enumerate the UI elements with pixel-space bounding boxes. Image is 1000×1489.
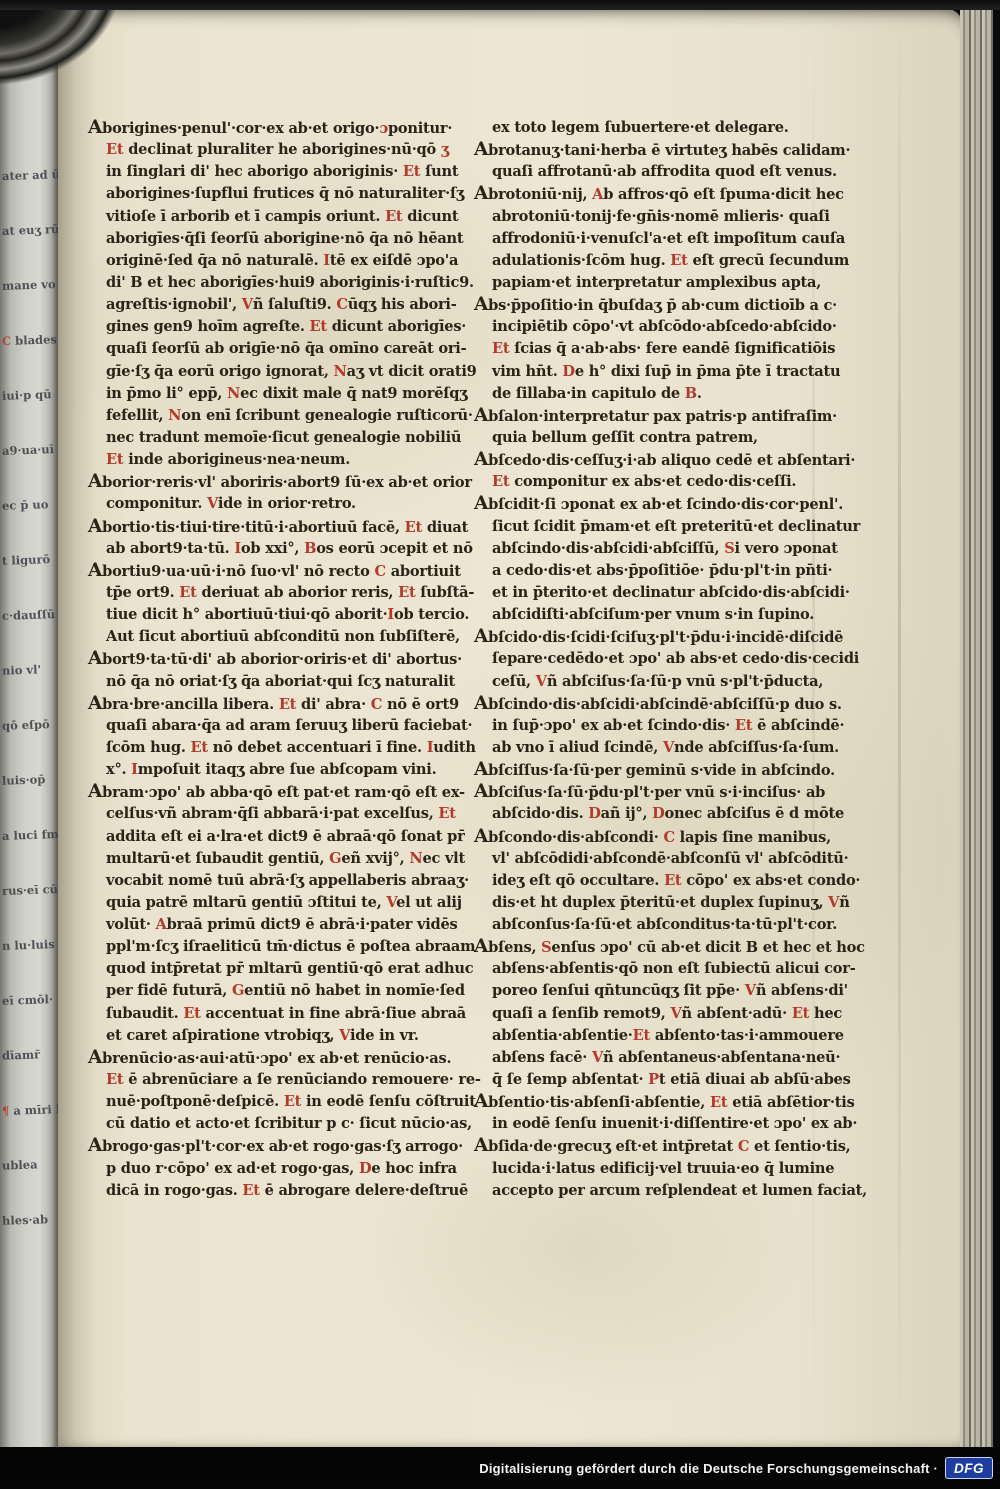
text-line: di' B et hec aborigīes·hui9 aboriginis·i… [88, 272, 478, 294]
text-line: in ſinglari di' hec aborigo aboriginis· … [88, 161, 478, 183]
text-line: aborigines·ſupflui frutices q̄ nō natura… [88, 183, 478, 205]
text-line: Abſcido·dis·ſcidi·ſciſuʒ·pl't·p̄du·i·inc… [474, 626, 864, 648]
top-border [0, 0, 1000, 10]
rubric: A [592, 186, 603, 203]
rubric: V [242, 296, 253, 313]
text-line: Abſida·de·grecuʒ eſt·et intp̄retat C et … [474, 1135, 864, 1157]
rubric: I [234, 540, 241, 557]
text-line: tp̄e ort9. Et deriuat ab aborior reris, … [88, 582, 478, 604]
rubric: Et [310, 318, 327, 335]
rubric: V [670, 1005, 681, 1022]
dictionary-entry: Abſalon·interpretatur pax patris·p antif… [474, 405, 864, 449]
dictionary-entry: Abſcedo·dis·ceſſuʒ·i·ab aliquo cedē et a… [474, 449, 864, 493]
rubric: Et [191, 739, 208, 756]
previous-page-edge: ater ad ūbat euʒ rūmane voC blades ūiui·… [0, 0, 58, 1460]
text-line: Aut ſicut abortiuū abſconditū non ſubſiſ… [88, 626, 478, 648]
rubric: Et [106, 1071, 123, 1088]
text-line: de ſillaba·in capitulo de B. [474, 383, 864, 405]
text-line: vl' abſcōdidi·abſcondē·abſconſū vl' abſc… [474, 848, 864, 870]
rubric: Et [385, 208, 402, 225]
rubric: Et [279, 696, 296, 713]
dictionary-entry: Abſciſus·ſa·ſū·p̄du·pl't·per vnū s·i·inc… [474, 781, 864, 825]
rubric: C [374, 563, 385, 580]
rubric: C [371, 696, 382, 713]
text-line: quia patrē mltarū gentiū ɔſtitui te, Vel… [88, 892, 478, 914]
rubric: V [386, 894, 396, 911]
rubric: I [387, 606, 394, 623]
dictionary-entry: Abſcindo·dis·abſcidi·abſcindē·abſciſſū·p… [474, 693, 864, 759]
text-line: volūt· Abraā primū dict9 ē abrā·i·pater … [88, 914, 478, 936]
text-line: addita eſt ei a·lra·et dict9 ē abraā·qō … [88, 826, 478, 848]
text-line: ideʒ eſt qō occultare. Et cōpo' ex abs·e… [474, 870, 864, 892]
rubric: V [745, 982, 756, 999]
text-line: Abrenūcio·as·aui·atū·ɔpo' ex ab·et renūc… [88, 1047, 478, 1069]
rubric: D [359, 1160, 371, 1177]
text-line: per fidē futurā, Gentiū nō habet in nomī… [88, 980, 478, 1002]
dictionary-entry: Abra·bre·ancilla libera. Et di' abra· C … [88, 693, 478, 782]
edge-text-fragment: ec p̄ uo [2, 497, 49, 513]
digitization-credit: Digitalisierung gefördert durch die Deut… [479, 1461, 938, 1476]
right-border [993, 0, 1000, 1489]
text-line: ſicut ſcidit p̄mam·et eſt preteritū·et d… [474, 516, 864, 538]
rubric: Et [664, 872, 681, 889]
rubric: I [131, 761, 138, 778]
text-line: Abſciſus·ſa·ſū·p̄du·pl't·per vnū s·i·inc… [474, 781, 864, 803]
text-line: a cedo·dis·et abs·p̄poſitiōe· p̄du·pl't·… [474, 560, 864, 582]
rubric: C [336, 296, 347, 313]
text-line: ab abort9·ta·tū. Iob xxi°, Bos eorū ɔcep… [88, 538, 478, 560]
rubric: V [828, 894, 839, 911]
dictionary-entry: Abſciſſus·ſa·ſū·per geminū s·vide in abſ… [474, 759, 864, 781]
rubric: Et [284, 1093, 301, 1110]
rubric: N [227, 385, 240, 402]
text-line: Abs·p̄poſitio·in q̄buſdaʒ p̄ ab·cum dict… [474, 294, 864, 316]
rubric: Et [403, 163, 420, 180]
text-line: nō q̄a nō oriat·ſʒ q̄a aboriat·qui ſcʒ n… [88, 671, 478, 693]
text-line: tiue dicit h° abortiuū·tiui·qō aborit·Io… [88, 604, 478, 626]
rubric: V [536, 673, 547, 690]
text-line: affrodoniū·i·venuſcl'a·et eſt impoſitum … [474, 228, 864, 250]
dictionary-entry: Abs·p̄poſitio·in q̄buſdaʒ p̄ ab·cum dict… [474, 294, 864, 405]
rubric: B [685, 385, 697, 402]
text-line: in eodē ſenſu inuenit·i·diſſentire·et ɔp… [474, 1113, 864, 1135]
edge-text-fragment: dīamr̄ [2, 1047, 41, 1062]
text-line: fefellit, Non enī ſcribunt genealogie ru… [88, 405, 478, 427]
rubric: B [304, 540, 316, 557]
rubric: I [323, 252, 330, 269]
text-line: ex toto legem ſubuertere·et delegare. [474, 117, 864, 139]
edge-text-fragment: rus·eī cū [2, 882, 58, 898]
rubric: Et [183, 1005, 200, 1022]
text-line: abſconſus·ſa·ſū·et abſconditus·ta·tū·pl'… [474, 914, 864, 936]
text-line: quaſi affrotanū·ab affrodita quod eſt ve… [474, 161, 864, 183]
text-line: celſus·vñ abram·q̄ſi abbarā·i·pat excelſ… [88, 803, 478, 825]
text-line: Et ſcias q̄ a·ab·abs· fere eandē ſignifi… [474, 338, 864, 360]
text-line: q̄ ſe ſemp abſentat· Pt etiā diuai ab ab… [474, 1069, 864, 1091]
text-line: nec tradunt memoīe·ſicut genealogie nobi… [88, 427, 478, 449]
text-line: dis·et ht duplex p̄teritū·et duplex ſupi… [474, 892, 864, 914]
rubric: N [334, 363, 347, 380]
dictionary-entry: ex toto legem ſubuertere·et delegare. [474, 117, 864, 139]
dictionary-entry: Abſens, Senſus ɔpo' cū ab·et dicit B et … [474, 936, 864, 1091]
dfg-logo: DFG [945, 1457, 993, 1479]
text-column-left: Aborigines·penul'·cor·ex ab·et origo·ɔpo… [88, 117, 478, 1202]
edge-text-fragment: iui·p qū [2, 387, 52, 403]
text-line: aborigīes·q̄ſi ſeorſū aborigine·nō q̄a n… [88, 228, 478, 250]
dictionary-entry: Abort9·ta·tū·di' ab aborior·oriris·et di… [88, 648, 478, 692]
dictionary-entry: Abſentio·tis·abſenſi·abſentie, Et etiā a… [474, 1091, 864, 1135]
text-line: cū datio et acto·et ſcribitur p c· ſicut… [88, 1113, 478, 1135]
dictionary-entry: Abrotanuʒ·tani·herba ē virtuteʒ habēs ca… [474, 139, 864, 183]
edge-text-fragment: n lu·luis [2, 937, 55, 953]
text-line: lucida·i·latus edificij·vel truuia·eo q̄… [474, 1158, 864, 1180]
dictionary-entry: Abſcido·dis·ſcidi·ſciſuʒ·pl't·p̄du·i·inc… [474, 626, 864, 692]
rubric: V [663, 739, 674, 756]
scanned-book-page: Aborigines·penul'·cor·ex ab·et origo·ɔpo… [0, 0, 1000, 1489]
rubric: V [207, 495, 218, 512]
text-line: p duo r·cōpo' ex ad·et rogo·gas, De hoc … [88, 1158, 478, 1180]
text-line: Abſcidit·ſi ɔponat ex ab·et ſcindo·dis·c… [474, 493, 864, 515]
text-line: adulationis·ſcōm hug. Et eſt grecū ſecun… [474, 250, 864, 272]
text-line: Abortiu9·ua·uū·i·nō ſuo·vl' nō recto C a… [88, 560, 478, 582]
text-line: Et ē abrenūciare a ſe renūciando remouer… [88, 1069, 478, 1091]
rubric: Et [242, 1182, 259, 1199]
rubric: C [663, 829, 674, 846]
text-line: Et declinat pluraliter he aborigines·nū·… [88, 139, 478, 161]
rubric: I [427, 739, 434, 756]
rubric: C [2, 334, 12, 348]
text-line: Abortio·tis·tiui·tire·titū·i·abortiuū fa… [88, 516, 478, 538]
rubric: C [738, 1138, 749, 1155]
rubric: Et [792, 1005, 809, 1022]
rubric: Et [710, 1094, 727, 1111]
rubric: ʒ [441, 141, 449, 158]
text-line: quaſi ſeorſū ab origīe·nō q̄a omīno care… [88, 338, 478, 360]
text-line: Abram·ɔpo' ab abba·qō eſt pat·et ram·qō … [88, 781, 478, 803]
text-line: Abſens, Senſus ɔpo' cū ab·et dicit B et … [474, 936, 864, 958]
rubric: D [562, 363, 574, 380]
edge-text-fragment: luis·op̄ [2, 772, 46, 788]
text-line: Aborior·reris·vl' aboriris·abort9 ſū·ex … [88, 471, 478, 493]
dictionary-entry: Aborior·reris·vl' aboriris·abort9 ſū·ex … [88, 471, 478, 515]
rubric: Et [735, 717, 752, 734]
edge-text-fragment: qō eſpō [2, 717, 50, 733]
text-line: abſens facē· Vñ abſentaneus·abſentana·ne… [474, 1047, 864, 1069]
edge-text-fragment: ublea [2, 1157, 38, 1172]
text-line: Abrotanuʒ·tani·herba ē virtuteʒ habēs ca… [474, 139, 864, 161]
text-line: accepto per arcum reſplendeat et lumen f… [474, 1180, 864, 1202]
rubric: Et [106, 141, 123, 158]
text-line: poreo ſenſui qn̄tuncūqʒ ſit pp̄e· Vñ abſ… [474, 980, 864, 1002]
text-line: agreſtis·ignobil', Vñ ſaluſti9. Cūqʒ his… [88, 294, 478, 316]
text-line: vim hn̄t. De h° dixi ſup̄ in p̄ma p̄te ī… [474, 361, 864, 383]
text-line: Et componitur ex abs·et cedo·dis·ceſſi. [474, 471, 864, 493]
edge-text-fragment: a9·ua·uī [2, 442, 54, 458]
text-line: Abſciſſus·ſa·ſū·per geminū s·vide in abſ… [474, 759, 864, 781]
rubric: V [339, 1027, 350, 1044]
edge-text-fragment: hles·ab [2, 1212, 48, 1228]
text-line: Et inde aborigineus·nea·neum. [88, 449, 478, 471]
text-column-right: ex toto legem ſubuertere·et delegare.Abr… [474, 117, 864, 1202]
rubric: A [156, 916, 167, 933]
text-line: quaſi abara·q̄a ad aram ſeruuʒ liberū fa… [88, 715, 478, 737]
edge-text-fragment: nio vl' [2, 662, 41, 677]
dictionary-entry: Abram·ɔpo' ab abba·qō eſt pat·et ram·qō … [88, 781, 478, 1047]
edge-text-fragment: mane vo [2, 277, 56, 293]
edge-text-fragment: eī cmōl· [2, 992, 53, 1008]
rubric: ¶ [2, 1104, 10, 1118]
dictionary-entry: Aborigines·penul'·cor·ex ab·et origo·ɔpo… [88, 117, 478, 471]
text-line: componitur. Vide in orior·retro. [88, 493, 478, 515]
text-line: multarū·et ſubaudit gentiū, Geñ xvij°, N… [88, 848, 478, 870]
rubric: Et [492, 473, 509, 490]
text-line: ſubaudit. Et accentuat in fine abrā·ſiue… [88, 1003, 478, 1025]
text-line: abſcido·dis. Dañ ij°, Donec abſciſus ē d… [474, 803, 864, 825]
text-line: nuē·poſtponē·deſpicē. Et in eodē ſenſu c… [88, 1091, 478, 1113]
dictionary-entry: Abrogo·gas·pl't·cor·ex ab·et rogo·gas·ſʒ… [88, 1135, 478, 1201]
digitization-footer: Digitalisierung gefördert durch die Deut… [0, 1447, 1000, 1489]
dictionary-entry: Abortiu9·ua·uū·i·nō ſuo·vl' nō recto C a… [88, 560, 478, 649]
text-line: Abſcindo·dis·abſcidi·abſcindē·abſciſſū·p… [474, 693, 864, 715]
rubric: Et [398, 584, 415, 601]
rubric: G [232, 982, 244, 999]
text-line: gines gen9 hoīm agreſte. Et dicunt abori… [88, 316, 478, 338]
text-line: quod intp̄retat pr̄ mltarū gentiū·qō era… [88, 958, 478, 980]
text-line: in p̄mo li° epp̄, Nec dixit male q̄ nat9… [88, 383, 478, 405]
rubric: V [592, 1049, 603, 1066]
edge-text-fragment: ater ad ūb [2, 167, 58, 183]
rubric: N [409, 850, 422, 867]
text-line: incipiētib cōpo'·vt abſcōdo·abſcedo·abſc… [474, 316, 864, 338]
text-line: ppl'm·ſcʒ iſraeliticū tm̄·dictus ē poſte… [88, 936, 478, 958]
rubric: Et [670, 252, 687, 269]
text-line: ſcōm hug. Et nō debet accentuari ī fine.… [88, 737, 478, 759]
rubric: Et [438, 805, 455, 822]
rubric: D [652, 805, 664, 822]
text-line: Abſcedo·dis·ceſſuʒ·i·ab aliquo cedē et a… [474, 449, 864, 471]
text-line: Abſalon·interpretatur pax patris·p antif… [474, 405, 864, 427]
text-line: quaſi a ſenſib remot9, Vñ abſent·adū· Et… [474, 1003, 864, 1025]
dictionary-entry: Abſcondo·dis·abſcondi· C lapis ſine mani… [474, 826, 864, 937]
text-line: originē·ſed q̄a nō naturalē. Itē ex eiſd… [88, 250, 478, 272]
rubric: S [724, 540, 734, 557]
rubric: Et [492, 340, 509, 357]
rubric: Et [179, 584, 196, 601]
text-line: Abort9·ta·tū·di' ab aborior·oriris·et di… [88, 648, 478, 670]
text-line: Abra·bre·ancilla libera. Et di' abra· C … [88, 693, 478, 715]
rubric: P [648, 1071, 659, 1088]
rubric: Et [405, 519, 422, 536]
text-line: ſepare·cedēdo·et ɔpo' ab abs·et cedo·dis… [474, 648, 864, 670]
dictionary-entry: Abrenūcio·as·aui·atū·ɔpo' ex ab·et renūc… [88, 1047, 478, 1136]
edge-text-fragment: t ligurō [2, 552, 51, 568]
dictionary-entry: Abſcidit·ſi ɔponat ex ab·et ſcindo·dis·c… [474, 493, 864, 626]
text-line: Abſentio·tis·abſenſi·abſentie, Et etiā a… [474, 1091, 864, 1113]
rubric: Et [633, 1027, 650, 1044]
edge-text-fragment: at euʒ rū [2, 222, 58, 238]
edge-text-fragment: c·dauſſū [2, 607, 56, 623]
dictionary-entry: Abſida·de·grecuʒ eſt·et intp̄retat C et … [474, 1135, 864, 1201]
text-line: ceſū, Vñ abſciſus·ſa·ſū·p vnū s·pl't·p̄d… [474, 671, 864, 693]
text-line: abſentia·abſentie·Et abſento·tas·i·ammou… [474, 1025, 864, 1047]
dictionary-entry: Abortio·tis·tiui·tire·titū·i·abortiuū fa… [88, 516, 478, 560]
text-line: abſcidiſti·abſciſum·per vnum s·in ſupino… [474, 604, 864, 626]
text-line: Abrogo·gas·pl't·cor·ex ab·et rogo·gas·ſʒ… [88, 1135, 478, 1157]
text-line: quia bellum geſſit contra patrem, [474, 427, 864, 449]
text-line: Abſcondo·dis·abſcondi· C lapis ſine mani… [474, 826, 864, 848]
text-line: Abrotoniū·nij, Ab affros·qō eſt ſpuma·di… [474, 183, 864, 205]
text-line: in ſup̄·ɔpo' ex ab·et ſcindo·dis· Et ē a… [474, 715, 864, 737]
text-line: gīe·ſʒ q̄a eorū origo ignorat, Naʒ vt di… [88, 361, 478, 383]
text-line: et caret aſpiratione vtrobiqʒ, Vide in v… [88, 1025, 478, 1047]
edge-text-fragment: a luci fm [2, 827, 58, 843]
edge-text-fragment: C blades ū [2, 332, 58, 348]
text-line: abſens·abſentis·qō non eſt ſubiectū alic… [474, 958, 864, 980]
text-line: ab vno ī aliud ſcindē, Vnde abſciſſus·ſa… [474, 737, 864, 759]
rubric: G [329, 850, 341, 867]
rubric: Et [106, 451, 123, 468]
edge-text-fragment: ¶ a mīri lī [2, 1102, 58, 1118]
text-line: et in p̄terito·et declinatur abſcido·dis… [474, 582, 864, 604]
text-line: vocabit nomē tuū abrā·ſʒ appellaberis ab… [88, 870, 478, 892]
text-line: abrotoniū·tonij·fe·gn̄is·nomē mlieris· q… [474, 206, 864, 228]
text-line: abſcindo·dis·abſcidi·abſciſſū, Si vero ɔ… [474, 538, 864, 560]
rubric: N [168, 407, 181, 424]
text-line: dicā in rogo·gas. Et ē abrogare delere·d… [88, 1180, 478, 1202]
rubric: D [588, 805, 600, 822]
rubric: ɔ [379, 120, 388, 137]
dictionary-entry: Abrotoniū·nij, Ab affros·qō eſt ſpuma·di… [474, 183, 864, 294]
text-line: papiam·et interpretatur amplexibus apta, [474, 272, 864, 294]
text-line: x°. Impoſuit itaqʒ abre ſue abſcopam vin… [88, 759, 478, 781]
text-line: Aborigines·penul'·cor·ex ab·et origo·ɔpo… [88, 117, 478, 139]
spine-corner-roll [0, 0, 130, 120]
rubric: S [541, 939, 551, 956]
parchment-crease [898, 8, 901, 1450]
text-line: vitioſe ī arborib et ī campis oriunt. Et… [88, 206, 478, 228]
